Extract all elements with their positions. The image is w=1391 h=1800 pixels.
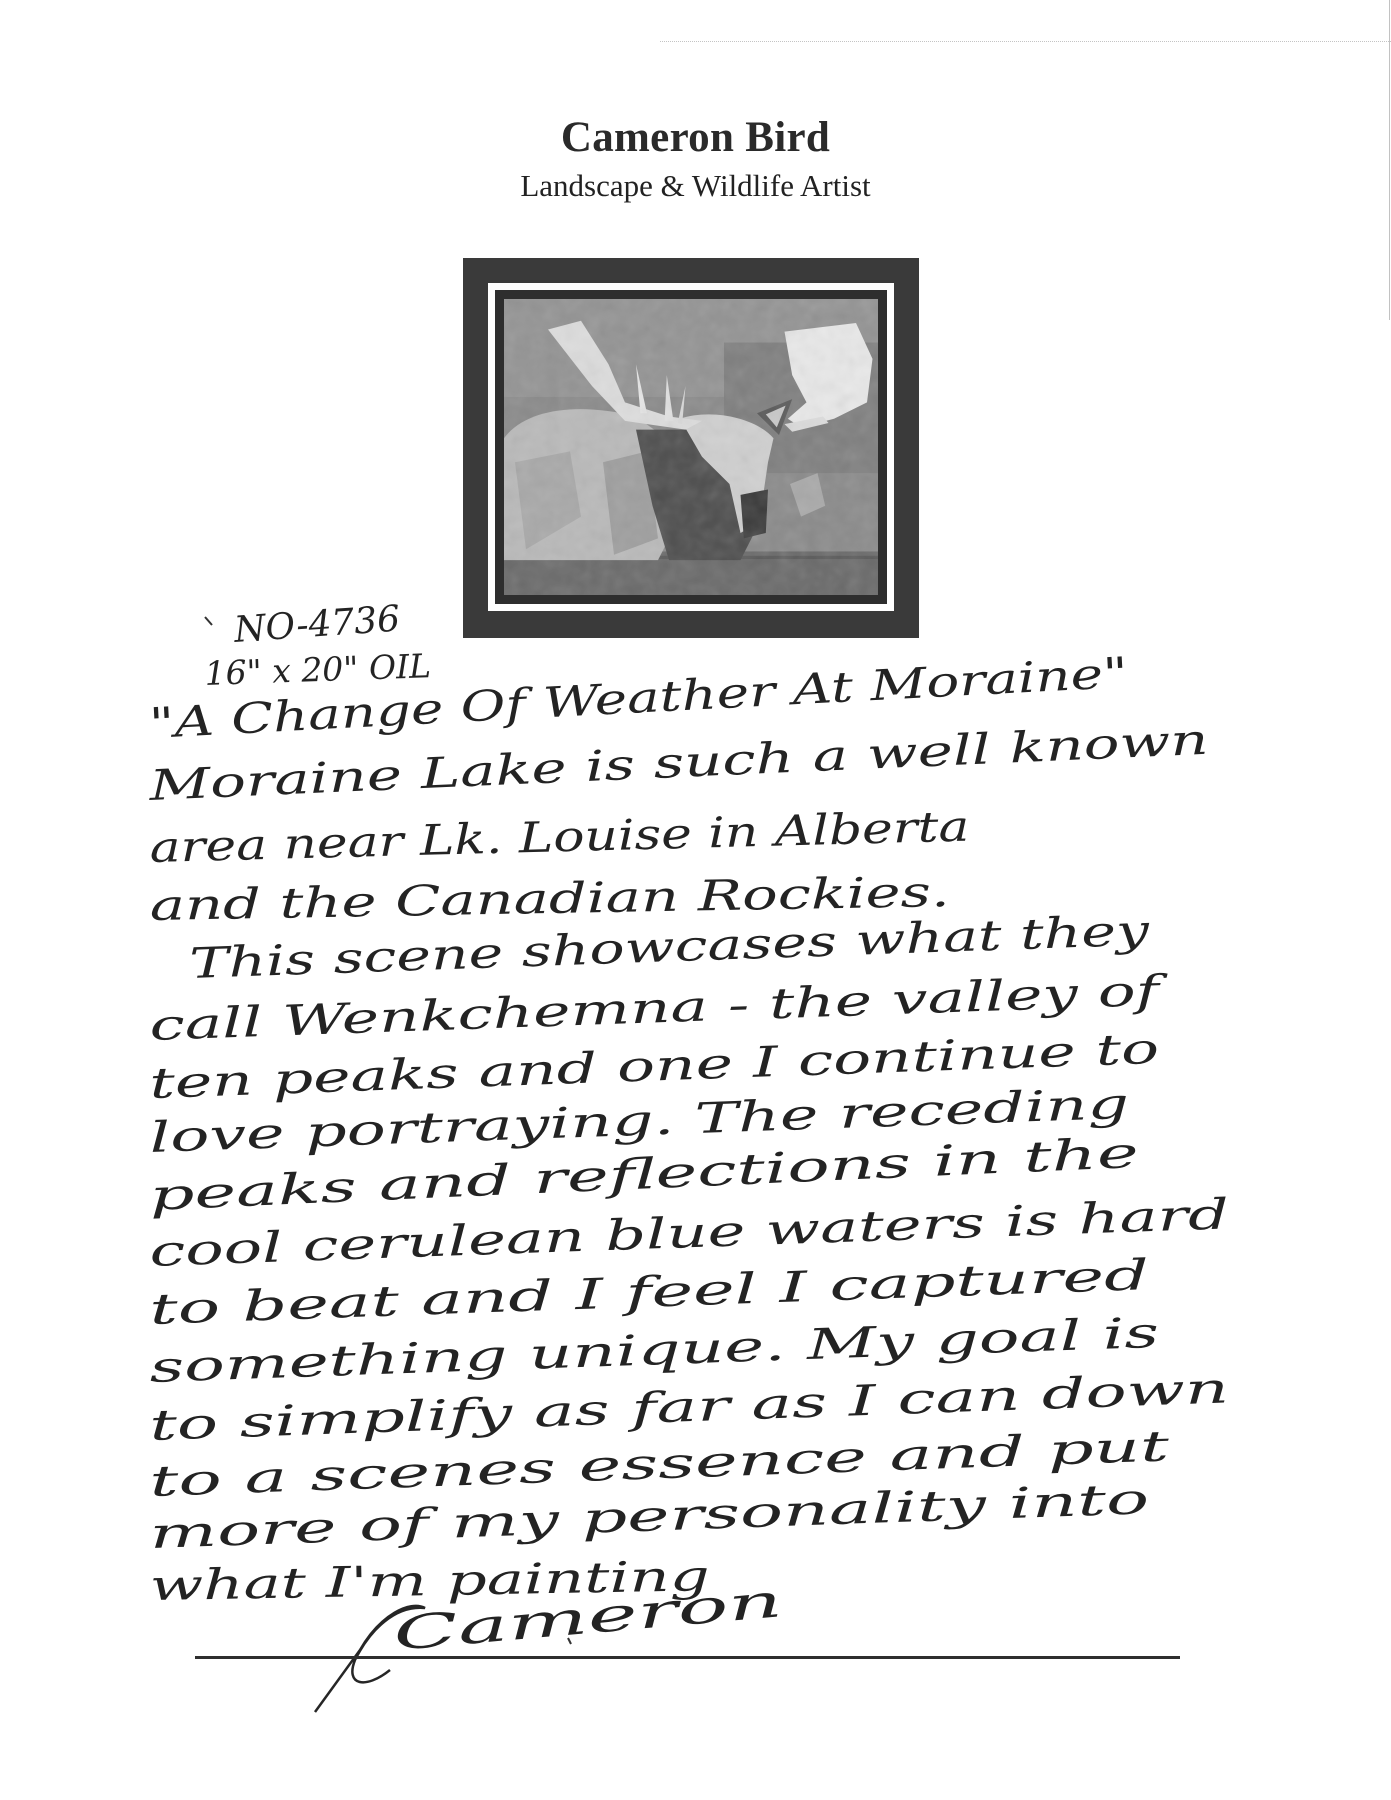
handwritten-note: NO-4736 16" x 20" OIL "A Change Of Weath… xyxy=(0,0,1391,1800)
note-line: area near Lk. Louise in Alberta xyxy=(149,802,970,872)
signature-line xyxy=(195,1656,1180,1659)
catalog-number: NO-4736 xyxy=(232,598,402,651)
